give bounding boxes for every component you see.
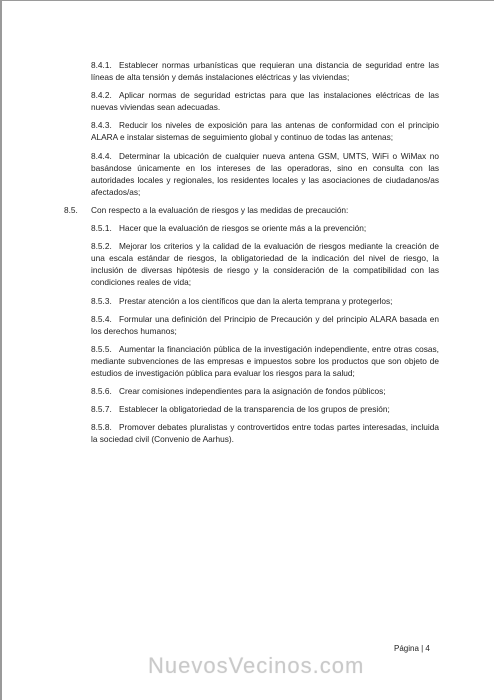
item-number: 8.5.6.: [91, 385, 119, 397]
paragraph-8-5-2: 8.5.2.Mejorar los criterios y la calidad…: [91, 240, 439, 288]
item-number: 8.5.2.: [91, 240, 119, 252]
item-text: Mejorar los criterios y la calidad de la…: [91, 241, 439, 287]
item-number: 8.5.8.: [91, 421, 119, 433]
paragraph-8-4-2: 8.4.2.Aplicar normas de seguridad estric…: [91, 89, 439, 113]
watermark: NuevosVecinos.com: [148, 653, 364, 679]
item-text: Prestar atención a los científicos que d…: [119, 296, 393, 306]
section-number: 8.5.: [64, 204, 78, 216]
page-content: 8.4.1.Establecer normas urbanísticas que…: [91, 59, 439, 451]
item-number: 8.5.7.: [91, 403, 119, 415]
document-page: 8.4.1.Establecer normas urbanísticas que…: [0, 0, 494, 700]
item-text: Aumentar la financiación pública de la i…: [91, 344, 439, 378]
page-number: Página | 4: [394, 644, 430, 653]
paragraph-8-5-7: 8.5.7.Establecer la obligatoriedad de la…: [91, 403, 439, 415]
item-text: Aplicar normas de seguridad estrictas pa…: [91, 90, 439, 112]
item-text: Hacer que la evaluación de riesgos se or…: [119, 223, 366, 233]
item-number: 8.4.1.: [91, 59, 119, 71]
section-text: Con respecto a la evaluación de riesgos …: [91, 205, 348, 215]
paragraph-8-4-3: 8.4.3.Reducir los niveles de exposición …: [91, 119, 439, 143]
item-text: Establecer normas urbanísticas que requi…: [91, 60, 439, 82]
item-number: 8.5.4.: [91, 313, 119, 325]
paragraph-8-5-5: 8.5.5.Aumentar la financiación pública d…: [91, 343, 439, 379]
item-number: 8.5.3.: [91, 295, 119, 307]
item-number: 8.5.1.: [91, 222, 119, 234]
paragraph-8-5-6: 8.5.6.Crear comisiones independientes pa…: [91, 385, 439, 397]
item-text: Formular una definición del Principio de…: [91, 314, 439, 336]
section-8-5-heading: 8.5.Con respecto a la evaluación de ries…: [64, 204, 439, 216]
item-text: Reducir los niveles de exposición para l…: [91, 120, 439, 142]
item-number: 8.5.5.: [91, 343, 119, 355]
paragraph-8-4-1: 8.4.1.Establecer normas urbanísticas que…: [91, 59, 439, 83]
item-number: 8.4.4.: [91, 150, 119, 162]
item-number: 8.4.2.: [91, 89, 119, 101]
paragraph-8-5-4: 8.5.4.Formular una definición del Princi…: [91, 313, 439, 337]
paragraph-8-5-8: 8.5.8.Promover debates pluralistas y con…: [91, 421, 439, 445]
item-text: Determinar la ubicación de cualquier nue…: [91, 151, 439, 197]
item-text: Establecer la obligatoriedad de la trans…: [119, 404, 390, 414]
paragraph-8-5-3: 8.5.3.Prestar atención a los científicos…: [91, 295, 439, 307]
paragraph-8-5-1: 8.5.1.Hacer que la evaluación de riesgos…: [91, 222, 439, 234]
item-number: 8.4.3.: [91, 119, 119, 131]
paragraph-8-4-4: 8.4.4.Determinar la ubicación de cualqui…: [91, 150, 439, 198]
item-text: Crear comisiones independientes para la …: [119, 386, 386, 396]
item-text: Promover debates pluralistas y controver…: [91, 422, 439, 444]
